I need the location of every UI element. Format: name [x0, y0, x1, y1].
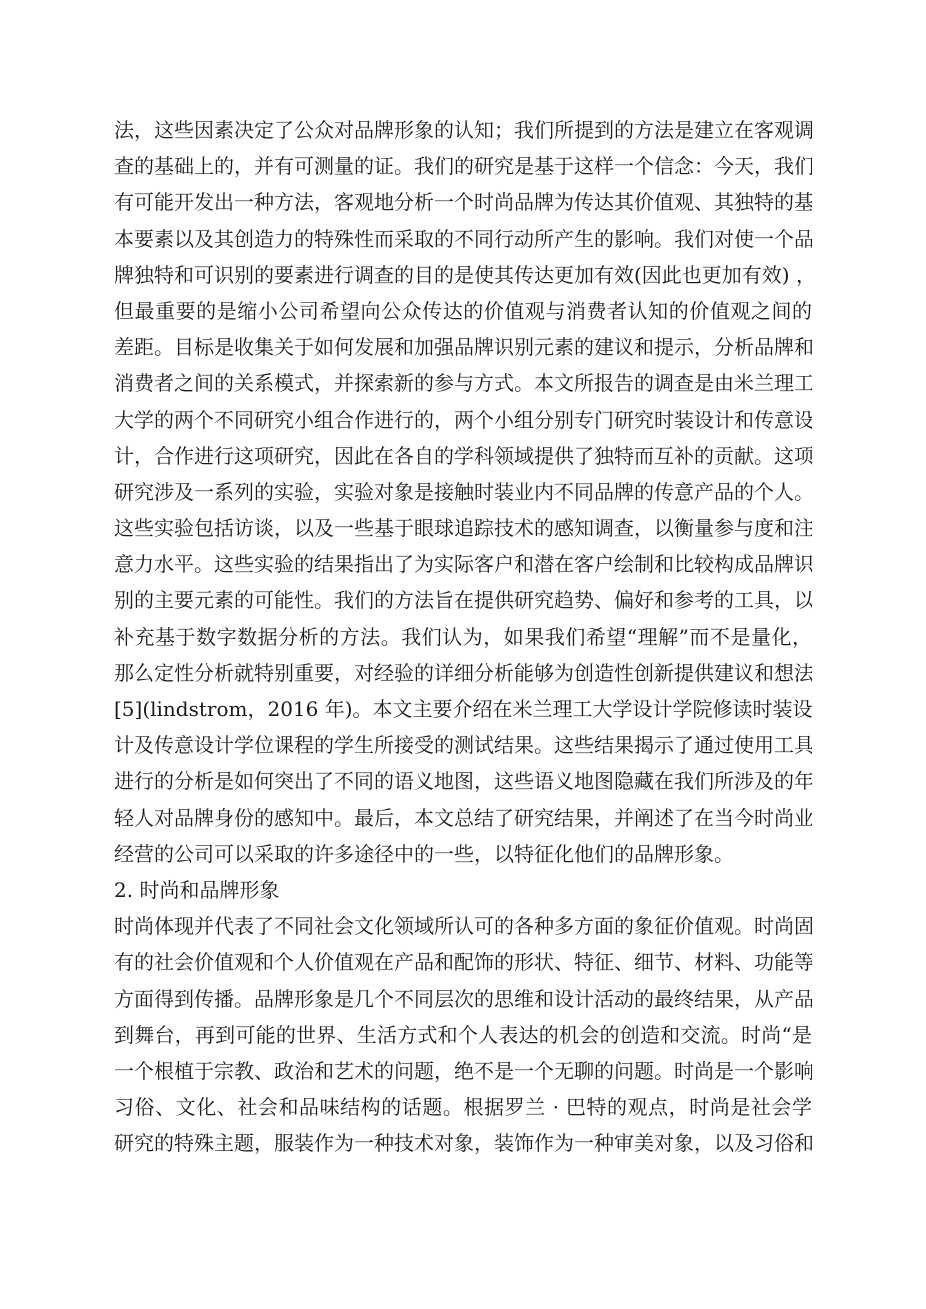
paragraph-line: 差距。目标是收集关于如何发展和加强品牌识别元素的建议和提示，分析品牌和 [114, 329, 812, 365]
paragraph-line: 轻人对品牌身份的感知中。最后，本文总结了研究结果，并阐述了在当今时尚业 [114, 800, 812, 836]
paragraph-line: 方面得到传播。品牌形象是几个不同层次的思维和设计活动的最终结果，从产品 [114, 981, 812, 1017]
document-page: 法，这些因素决定了公众对品牌形象的认知；我们所提到的方法是建立在客观调查的基础上… [0, 0, 926, 1309]
paragraph-line: 但最重要的是缩小公司希望向公众传达的价值观与消费者认知的价值观之间的 [114, 293, 812, 329]
paragraph-line: 研究涉及一系列的实验，实验对象是接触时装业内不同品牌的传意产品的个人。 [114, 474, 812, 510]
paragraph-line: 消费者之间的关系模式，并探索新的参与方式。本文所报告的调查是由米兰理工 [114, 365, 812, 401]
paragraph-line: 到舞台，再到可能的世界、生活方式和个人表达的机会的创造和交流。时尚“是 [114, 1017, 812, 1053]
paragraph-line: 这些实验包括访谈，以及一些基于眼球追踪技术的感知调查，以衡量参与度和注 [114, 510, 812, 546]
paragraph-line: 一个根植于宗教、政治和艺术的问题，绝不是一个无聊的问题。时尚是一个影响 [114, 1053, 812, 1089]
paragraph-line: 有可能开发出一种方法，客观地分析一个时尚品牌为传达其价值观、其独特的基 [114, 184, 812, 220]
paragraph-line: 本要素以及其创造力的特殊性而采取的不同行动所产生的影响。我们对使一个品 [114, 221, 812, 257]
paragraph-line: 大学的两个不同研究小组合作进行的，两个小组分别专门研究时装设计和传意设 [114, 402, 812, 438]
paragraph-line: 计，合作进行这项研究，因此在各自的学科领域提供了独特而互补的贡献。这项 [114, 438, 812, 474]
paragraph-line: 研究的特殊主题，服装作为一种技术对象，装饰作为一种审美对象，以及习俗和 [114, 1125, 812, 1161]
document-text-block: 法，这些因素决定了公众对品牌形象的认知；我们所提到的方法是建立在客观调查的基础上… [114, 112, 812, 1161]
paragraph-line: [5](lindstrom，2016 年)。本文主要介绍在米兰理工大学设计学院修… [114, 691, 812, 727]
paragraph-line: 习俗、文化、社会和品味结构的话题。根据罗兰 · 巴特的观点，时尚是社会学 [114, 1089, 812, 1125]
paragraph-line: 计及传意设计学位课程的学生所接受的测试结果。这些结果揭示了通过使用工具 [114, 727, 812, 763]
paragraph-line: 那么定性分析就特别重要，对经验的详细分析能够为创造性创新提供建议和想法 [114, 655, 812, 691]
paragraph-line: 经营的公司可以采取的许多途径中的一些，以特征化他们的品牌形象。 [114, 836, 812, 872]
section-2-heading: 2. 时尚和品牌形象 [114, 872, 812, 908]
paragraph-line: 法，这些因素决定了公众对品牌形象的认知；我们所提到的方法是建立在客观调 [114, 112, 812, 148]
paragraph-line: 进行的分析是如何突出了不同的语义地图，这些语义地图隐藏在我们所涉及的年 [114, 763, 812, 799]
paragraph-line: 别的主要元素的可能性。我们的方法旨在提供研究趋势、偏好和参考的工具，以 [114, 582, 812, 618]
paragraph-line: 时尚体现并代表了不同社会文化领域所认可的各种多方面的象征价值观。时尚固 [114, 908, 812, 944]
paragraph-line: 补充基于数字数据分析的方法。我们认为，如果我们希望“理解”而不是量化， [114, 619, 812, 655]
paragraph-line: 意力水平。这些实验的结果指出了为实际客户和潜在客户绘制和比较构成品牌识 [114, 546, 812, 582]
paragraph-line: 有的社会价值观和个人价值观在产品和配饰的形状、特征、细节、材料、功能等 [114, 944, 812, 980]
paragraph-line: 牌独特和可识别的要素进行调查的目的是使其传达更加有效(因此也更加有效) ， [114, 257, 812, 293]
paragraph-line: 查的基础上的，并有可测量的证。我们的研究是基于这样一个信念：今天，我们 [114, 148, 812, 184]
